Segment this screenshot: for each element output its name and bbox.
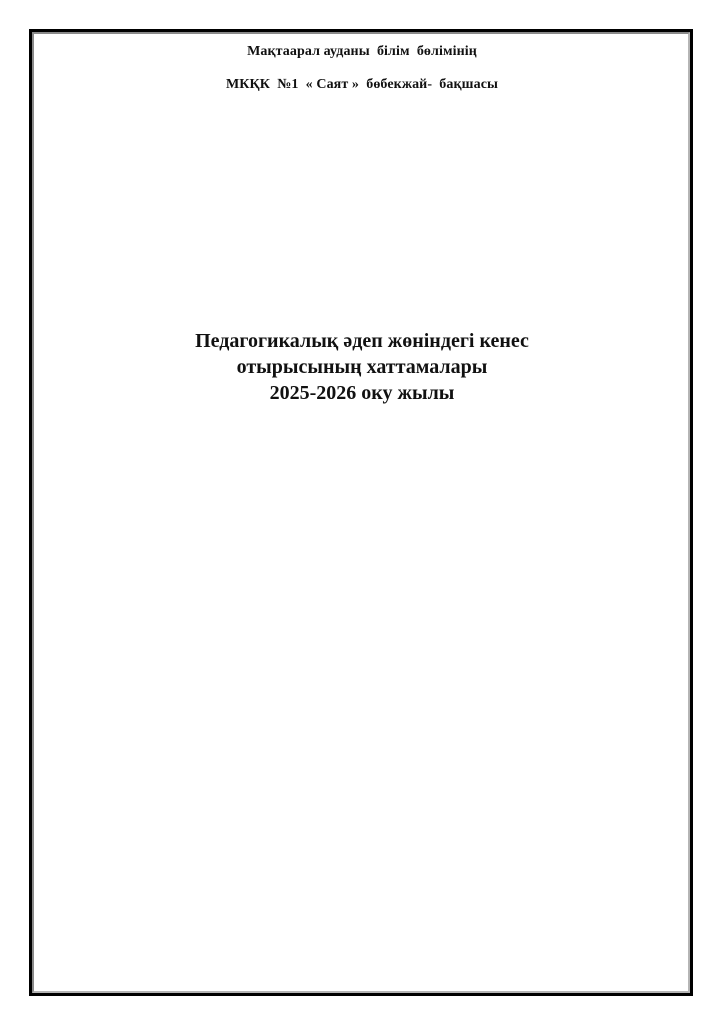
title-line-1: Педагогикалық әдеп жөніндегі кенес <box>0 328 724 354</box>
institution-name: МКҚК №1 « Саят » бөбекжай- бақшасы <box>0 77 724 93</box>
document-title: Педагогикалық әдеп жөніндегі кенес отыры… <box>0 328 724 406</box>
academic-year: 2025-2026 оку жылы <box>0 380 724 406</box>
page-border <box>29 29 693 996</box>
title-line-2: отырысының хаттамалары <box>0 354 724 380</box>
page-border-inner <box>32 32 690 993</box>
department-name: Мақтаарал ауданы білім бөлімінің <box>0 44 724 60</box>
